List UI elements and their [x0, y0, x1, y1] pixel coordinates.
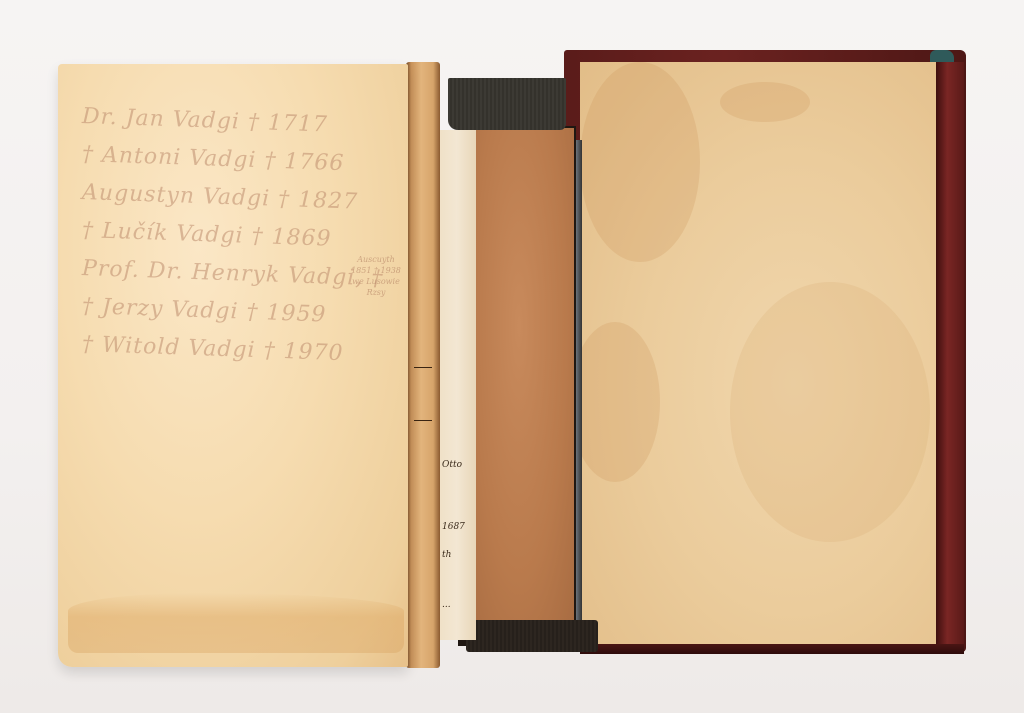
margin-note-line: 1851 † 1938 — [340, 265, 412, 276]
water-stain — [580, 62, 700, 262]
cover-turn-in-edge — [936, 62, 964, 650]
manuscript-waste-strip: Otto 1687 th ... — [438, 130, 476, 640]
margin-note: Auscuyth 1851 † 1938 we Lusowie Rzsy — [340, 254, 412, 298]
inside-cover-pastedown — [580, 62, 936, 646]
cloth-hinge-bottom — [466, 620, 598, 652]
margin-note-line: we Lusowie — [340, 276, 412, 287]
manuscript-fragment: Otto — [442, 460, 462, 470]
flyleaf-page: Dr. Jan Vadgi † 1717 † Antoni Vadgi † 17… — [58, 64, 408, 667]
margin-note-line: Auscuyth — [340, 254, 412, 265]
manuscript-fragment: th — [442, 550, 451, 560]
text-block-spine — [406, 62, 440, 668]
cloth-hinge-top — [448, 78, 566, 130]
margin-note-line: Rzsy — [340, 287, 412, 298]
water-stain — [68, 593, 404, 653]
manuscript-fragment: ... — [442, 600, 451, 610]
water-stain — [730, 282, 930, 542]
cover-bottom-edge — [580, 644, 964, 654]
water-stain — [570, 322, 660, 482]
manuscript-fragment: 1687 — [442, 522, 465, 532]
water-stain — [720, 82, 810, 122]
spine-board — [464, 128, 574, 624]
pencil-genealogy-notes: Dr. Jan Vadgi † 1717 † Antoni Vadgi † 17… — [82, 98, 402, 364]
spine-label — [414, 367, 432, 421]
